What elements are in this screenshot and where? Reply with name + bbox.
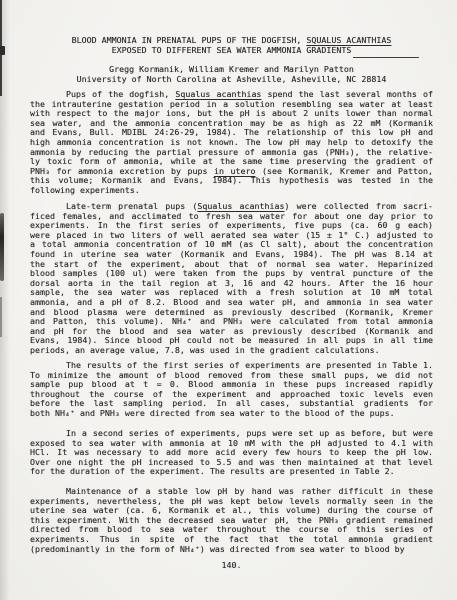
text-line: both NH₄⁺ and PNH₃ were directed from se… [30,409,433,419]
authors-affiliation: University of North Carolina at Ashevill… [30,75,433,85]
text-line: (predominantly in the form of NH₄⁺) was … [30,545,433,555]
paragraph-discussion: Maintenance of a stable low pH by hand w… [30,487,433,554]
authors-block: Gregg Kormanik, William Kremer and Maril… [30,65,433,84]
scan-artifact-title-stray-line [353,57,419,58]
text-line: periods, an average value, 7.8, was used… [30,346,433,356]
scan-artifact-left-blob-mid [0,213,4,281]
text-line: for the duration of the experiment. The … [30,467,433,477]
scan-artifact-left-faint [0,297,2,337]
paragraph-results-series-2: In a second series of experiments, pups … [30,429,433,477]
text-line: following experiments. [30,186,433,196]
paper-title-line-2: EXPOSED TO DIFFERENT SEA WATER AMMONIA G… [30,46,433,56]
scan-artifact-left-blob-top [0,46,5,55]
paragraph-methods: Late-term prenatal pups (Squalus acanthi… [30,202,433,356]
scanned-paper-page: BLOOD AMMONIA IN PRENATAL PUPS OF THE DO… [0,0,457,600]
paper-title: BLOOD AMMONIA IN PRENATAL PUPS OF THE DO… [30,36,433,55]
paragraph-introduction: Pups of the dogfish, Squalus acanthias s… [30,90,433,196]
paragraph-results-series-1: The results of the first series of exper… [30,361,433,419]
page-number: 140. [30,561,433,571]
